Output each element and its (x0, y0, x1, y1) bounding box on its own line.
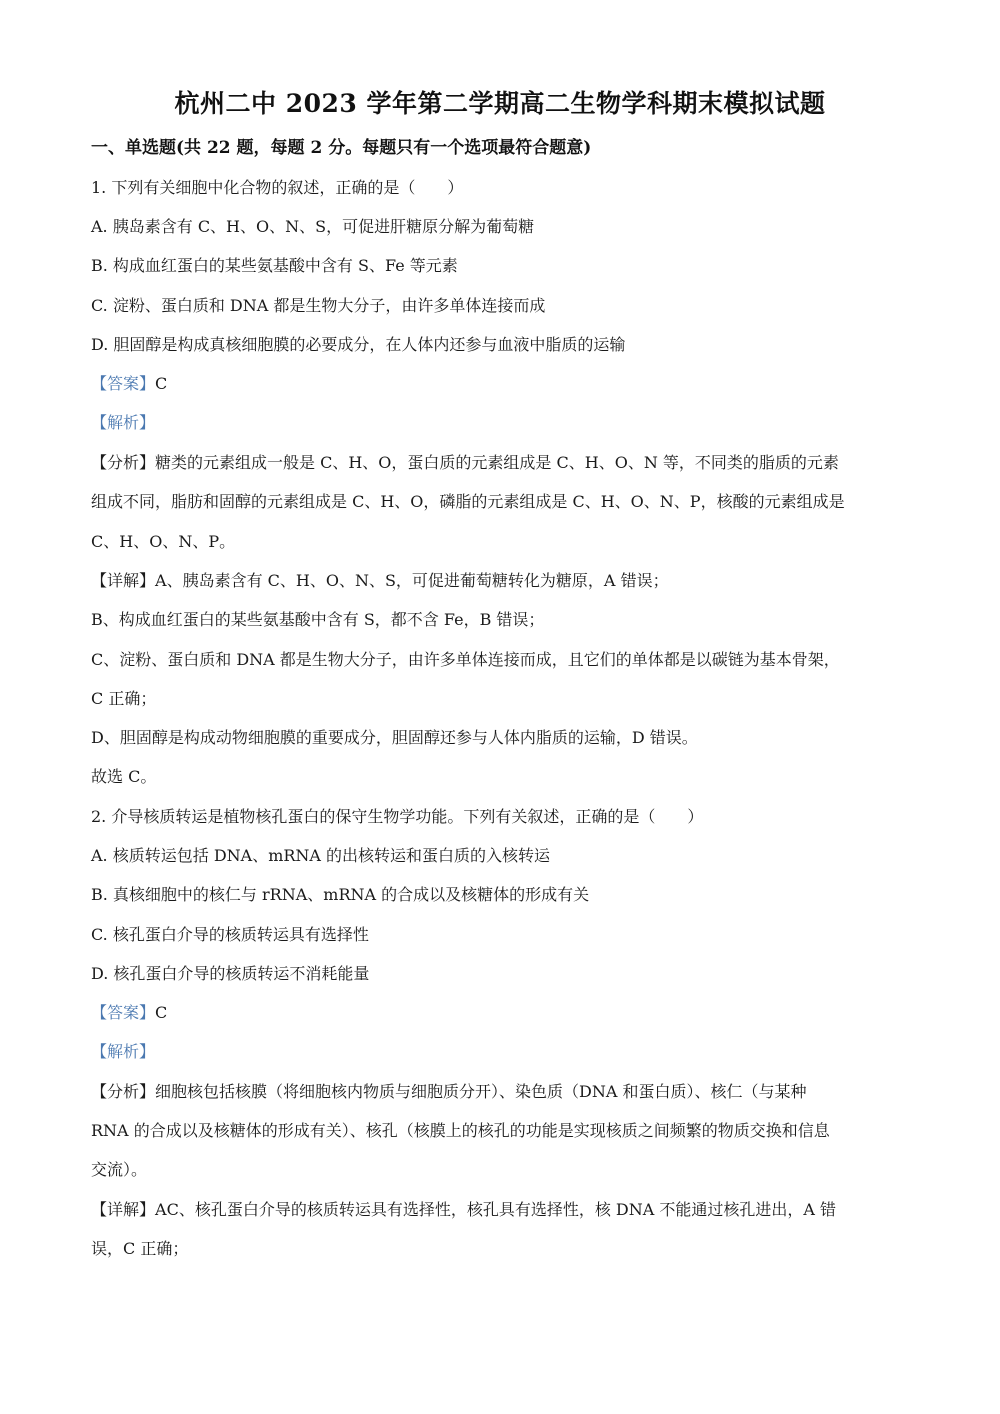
exam-page: 杭州二中 2023 学年第二学期高二生物学科期末模拟试题 一、单选题(共 22 … (0, 0, 1000, 1414)
fenxi-text: 细胞核包括核膜（将细胞核内物质与细胞质分开）、染色质（DNA 和蛋白质）、核仁（… (155, 1082, 806, 1101)
question-1-stem: 1. 下列有关细胞中化合物的叙述，正确的是（ ） (91, 176, 463, 200)
question-2-fenxi-line-1: 【分析】细胞核包括核膜（将细胞核内物质与细胞质分开）、染色质（DNA 和蛋白质）… (91, 1080, 807, 1104)
answer-label: 【答案】 (91, 374, 155, 393)
question-2-fenxi-line-2: RNA 的合成以及核糖体的形成有关）、核孔（核膜上的核孔的功能是实现核质之间频繁… (91, 1119, 903, 1143)
fenxi-label: 【分析】 (91, 453, 155, 472)
question-1-fenxi-line-1: 【分析】糖类的元素组成一般是 C、H、O，蛋白质的元素组成是 C、H、O、N 等… (91, 451, 903, 475)
question-1-analysis-label: 【解析】 (91, 411, 155, 435)
section-heading: 一、单选题(共 22 题，每题 2 分。每题只有一个选项最符合题意) (91, 136, 591, 160)
question-2-answer: 【答案】C (91, 1001, 167, 1025)
question-1-xiangjie-line-2: B、构成血红蛋白的某些氨基酸中含有 S，都不含 Fe，B 错误； (91, 608, 544, 632)
fenxi-label: 【分析】 (91, 1082, 155, 1101)
question-1-option-b: B. 构成血红蛋白的某些氨基酸中含有 S、Fe 等元素 (91, 254, 458, 278)
question-1-xiangjie-line-4: C 正确； (91, 687, 156, 711)
question-1-option-d: D. 胆固醇是构成真核细胞膜的必要成分，在人体内还参与血液中脂质的运输 (91, 333, 625, 357)
question-1-conclusion: 故选 C。 (91, 765, 156, 789)
analysis-label: 【解析】 (91, 1042, 155, 1061)
question-1-option-c: C. 淀粉、蛋白质和 DNA 都是生物大分子，由许多单体连接而成 (91, 294, 545, 318)
question-2-option-c: C. 核孔蛋白介导的核质转运具有选择性 (91, 923, 369, 947)
question-1-xiangjie-line-1: 【详解】A、胰岛素含有 C、H、O、N、S，可促进葡萄糖转化为糖原，A 错误； (91, 569, 669, 593)
question-2-analysis-label: 【解析】 (91, 1040, 155, 1064)
question-2-fenxi-line-3: 交流）。 (91, 1158, 147, 1182)
question-1-option-a: A. 胰岛素含有 C、H、O、N、S，可促进肝糖原分解为葡萄糖 (91, 215, 534, 239)
question-2-option-d: D. 核孔蛋白介导的核质转运不消耗能量 (91, 962, 369, 986)
answer-value: C (155, 1003, 167, 1022)
question-1-xiangjie-line-5: D、胆固醇是构成动物细胞膜的重要成分，胆固醇还参与人体内脂质的运输，D 错误。 (91, 726, 698, 750)
xiangjie-label: 【详解】 (91, 1200, 155, 1219)
answer-label: 【答案】 (91, 1003, 155, 1022)
question-2-stem: 2. 介导核质转运是植物核孔蛋白的保守生物学功能。下列有关叙述，正确的是（ ） (91, 805, 703, 829)
fenxi-text: 糖类的元素组成一般是 C、H、O，蛋白质的元素组成是 C、H、O、N 等，不同类… (155, 453, 839, 472)
xiangjie-label: 【详解】 (91, 571, 155, 590)
question-1-answer: 【答案】C (91, 372, 167, 396)
xiangjie-text: A、胰岛素含有 C、H、O、N、S，可促进葡萄糖转化为糖原，A 错误； (155, 571, 669, 590)
question-2-option-a: A. 核质转运包括 DNA、mRNA 的出核转运和蛋白质的入核转运 (91, 844, 550, 868)
question-2-xiangjie-line-1: 【详解】AC、核孔蛋白介导的核质转运具有选择性，核孔具有选择性，核 DNA 不能… (91, 1198, 903, 1222)
xiangjie-text: AC、核孔蛋白介导的核质转运具有选择性，核孔具有选择性，核 DNA 不能通过核孔… (155, 1200, 836, 1219)
question-2-option-b: B. 真核细胞中的核仁与 rRNA、mRNA 的合成以及核糖体的形成有关 (91, 883, 589, 907)
page-title: 杭州二中 2023 学年第二学期高二生物学科期末模拟试题 (0, 86, 1000, 122)
question-1-xiangjie-line-3: C、淀粉、蛋白质和 DNA 都是生物大分子，由许多单体连接而成，且它们的单体都是… (91, 648, 903, 672)
answer-value: C (155, 374, 167, 393)
analysis-label: 【解析】 (91, 413, 155, 432)
question-1-fenxi-line-2: 组成不同，脂肪和固醇的元素组成是 C、H、O，磷脂的元素组成是 C、H、O、N、… (91, 490, 903, 514)
question-1-fenxi-line-3: C、H、O、N、P。 (91, 530, 235, 554)
question-2-xiangjie-line-2: 误，C 正确； (91, 1237, 188, 1261)
